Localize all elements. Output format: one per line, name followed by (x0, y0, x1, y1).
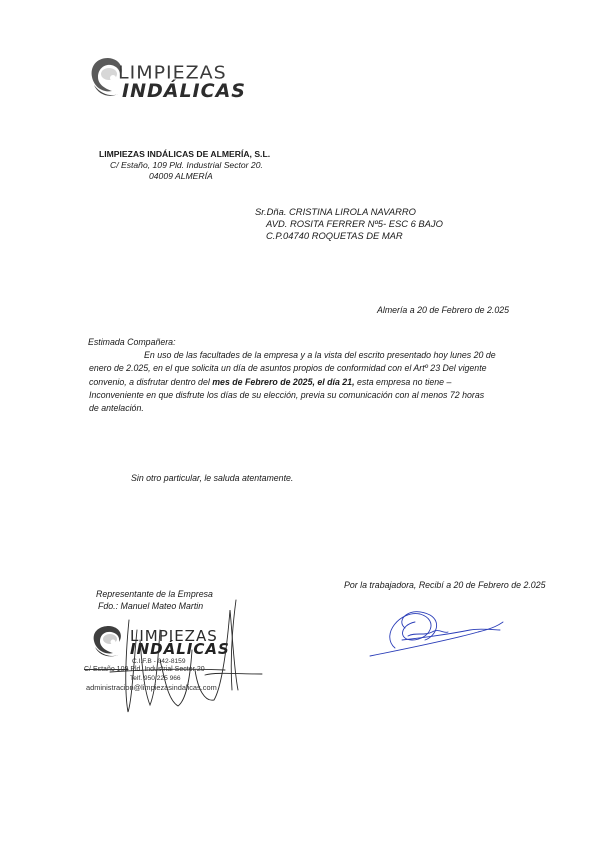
body-line-5: de antelación. (89, 403, 144, 414)
greeting: Estimada Compañera: (88, 337, 176, 348)
stamp-logo-icon (91, 624, 127, 658)
letter-date: Almería a 20 de Febrero de 2.025 (377, 305, 509, 316)
stamp-address-struck: C/ Estaño 109 (84, 666, 128, 673)
company-signature-name: Fdo.: Manuel Mateo Martin (98, 601, 203, 612)
company-address-line2: 04009 ALMERÍA (149, 171, 213, 182)
recipient-postal-city: C.P.04740 ROQUETAS DE MAR (266, 230, 403, 241)
worker-receipt-text: Por la trabajadora, Recibí a 20 de Febre… (344, 580, 545, 591)
recipient-address: AVD. ROSITA FERRER Nº5- ESC 6 BAJO (266, 218, 443, 229)
body-highlight-date: mes de Febrero de 2025, el día 21, (212, 377, 354, 387)
body-line-1: En uso de las facultades de la empresa y… (144, 350, 496, 361)
company-address-line1: C/ Estaño, 109 Pld. Industrial Sector 20… (110, 160, 263, 171)
company-name: LIMPIEZAS INDÁLICAS DE ALMERÍA, S.L. (99, 149, 270, 160)
body-line-3-post: esta empresa no tiene – (355, 377, 452, 387)
body-line-4: Inconveniente en que disfrute los días d… (89, 390, 484, 401)
stamp-address-rest: Pld. Industrial Sector 20 (128, 666, 204, 673)
stamp-email: administracion@limpiezasindalicas.com (86, 682, 217, 693)
logo-wordmark-line2: INDÁLICAS (122, 80, 246, 102)
closing: Sin otro particular, le saluda atentamen… (131, 473, 293, 484)
worker-signature-icon (370, 612, 503, 656)
signatures-overlay (0, 0, 595, 841)
recipient-name: Sr.Dña. CRISTINA LIROLA NAVARRO (255, 206, 416, 217)
body-line-3: convenio, a disfrutar dentro del mes de … (89, 377, 451, 388)
body-line-2: enero de 2.025, en el que solicita un dí… (89, 363, 487, 374)
company-signature-title: Representante de la Empresa (96, 589, 213, 600)
body-line-3-pre: convenio, a disfrutar dentro del (89, 377, 212, 387)
